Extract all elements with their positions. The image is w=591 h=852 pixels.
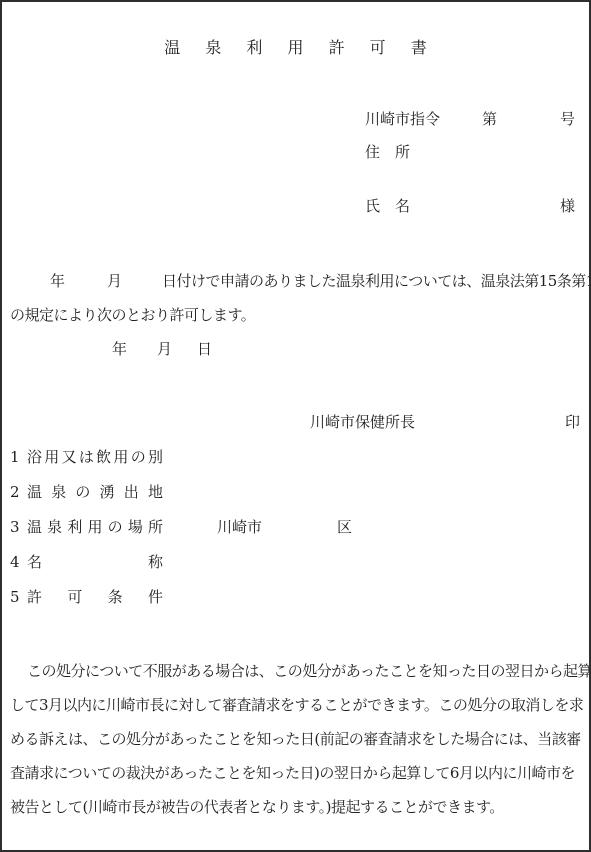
- item-label: 名称: [27, 553, 163, 572]
- application-year-label: 年: [50, 272, 65, 291]
- directive-number-suffix: 号: [560, 110, 575, 129]
- appeal-line-3: める訴えは、この処分があったことを知った日(前記の審査請求をした場合には、当該審: [10, 730, 581, 749]
- item-number: 5: [10, 588, 20, 607]
- appeal-line-4: 査請求についての裁決があったことを知った日)の翌日から起算して6月以内に川崎市を: [10, 764, 575, 783]
- appeal-line-2: して3月以内に川崎市長に対して審査請求をすることができます。この処分の取消しを求: [10, 696, 583, 715]
- address-label: 住 所: [365, 143, 410, 162]
- item-number: 3: [10, 518, 20, 537]
- seal-placeholder: 印: [565, 413, 580, 432]
- item-city-value: 川崎市: [217, 518, 262, 537]
- item-label: 浴用又は飲用の別: [27, 448, 163, 467]
- grant-line2-text: の規定により次のとおり許可します。: [10, 306, 255, 325]
- item-number: 2: [10, 483, 20, 502]
- appeal-line-1: この処分について不服がある場合は、この処分があったことを知った日の翌日から起算: [10, 662, 591, 681]
- directive-agency: 川崎市指令: [365, 110, 440, 129]
- issue-date-year-label: 年: [112, 340, 127, 359]
- honorific-label: 様: [560, 197, 575, 216]
- item-label: 温泉の湧出地: [27, 483, 163, 502]
- application-month-label: 月: [107, 272, 122, 291]
- grant-line1-text: 日付けで申請のありました温泉利用については、温泉法第15条第1項: [162, 272, 591, 291]
- issue-date-month-label: 月: [157, 340, 172, 359]
- item-label: 温泉利用の場所: [27, 518, 163, 537]
- item-number: 1: [10, 448, 20, 467]
- item-ward-value: 区: [337, 518, 352, 537]
- issuer-title: 川崎市保健所長: [310, 413, 415, 432]
- item-number: 4: [10, 553, 20, 572]
- directive-number-prefix: 第: [482, 110, 497, 129]
- name-label: 氏 名: [365, 197, 410, 216]
- issue-date-day-label: 日: [197, 340, 212, 359]
- item-label: 許可条件: [27, 588, 163, 607]
- permit-document-page: 温 泉 利 用 許 可 書 川崎市指令 第 号 住 所 氏 名 様 年 月 日付…: [0, 0, 591, 852]
- document-title: 温 泉 利 用 許 可 書: [2, 35, 589, 58]
- appeal-line-5: 被告として(川崎市長が被告の代表者となります。)提起することができます。: [10, 798, 504, 817]
